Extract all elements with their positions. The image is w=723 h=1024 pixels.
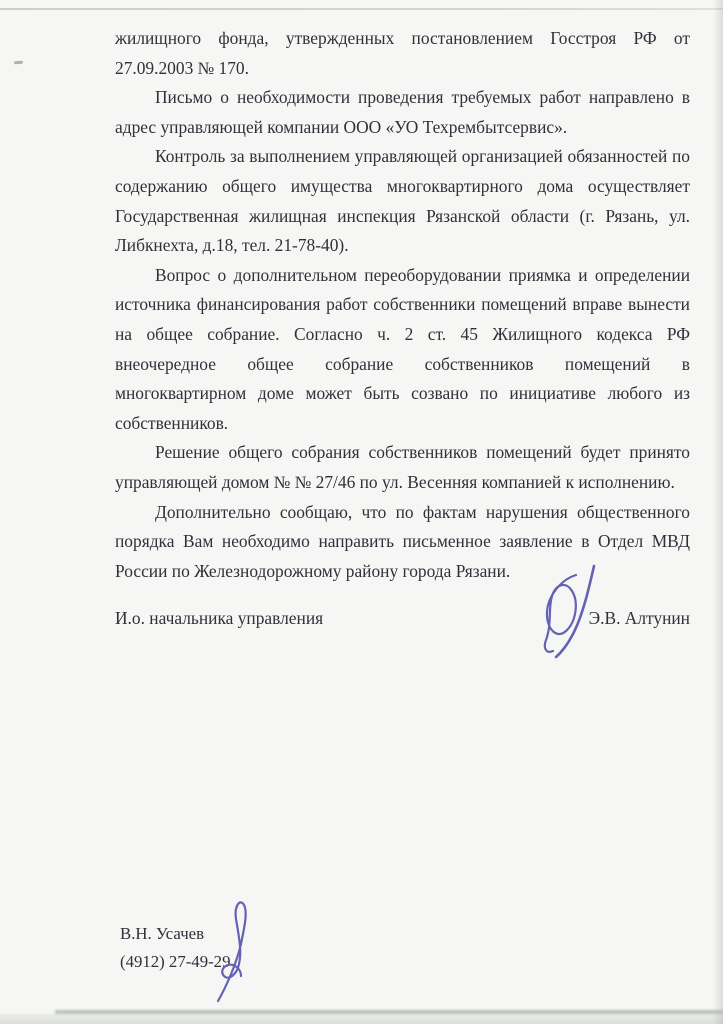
scanned-letter-page: жилищного фонда, утвержденных постановле… (0, 0, 723, 1024)
scan-edge-right-band (713, 0, 723, 1024)
paragraph: Вопрос о дополнительном переоборудовании… (115, 261, 690, 439)
scan-margin-dash-mark (14, 61, 23, 65)
executor-name: В.Н. Усачев (120, 920, 230, 948)
executor-block: В.Н. Усачев (4912) 27-49-29 (120, 920, 230, 975)
executor-phone: (4912) 27-49-29 (120, 948, 230, 976)
scan-edge-top-line (0, 8, 723, 10)
paragraph-continuation: жилищного фонда, утвержденных постановле… (115, 24, 690, 83)
paragraph: Письмо о необходимости проведения требуе… (115, 83, 690, 142)
scan-edge-bottom-band (0, 1014, 723, 1024)
signatory-position-label: И.о. начальника управления (115, 608, 323, 629)
signatory-name: Э.В. Алтунин (589, 608, 690, 629)
paragraph: Дополнительно сообщаю, что по фактам нар… (115, 498, 690, 587)
letter-body: жилищного фонда, утвержденных постановле… (115, 24, 690, 586)
paragraph: Решение общего собрания собственников по… (115, 438, 690, 497)
signature-block: И.о. начальника управления Э.В. Алтунин (115, 608, 690, 629)
paragraph: Контроль за выполнением управляющей орга… (115, 142, 690, 260)
